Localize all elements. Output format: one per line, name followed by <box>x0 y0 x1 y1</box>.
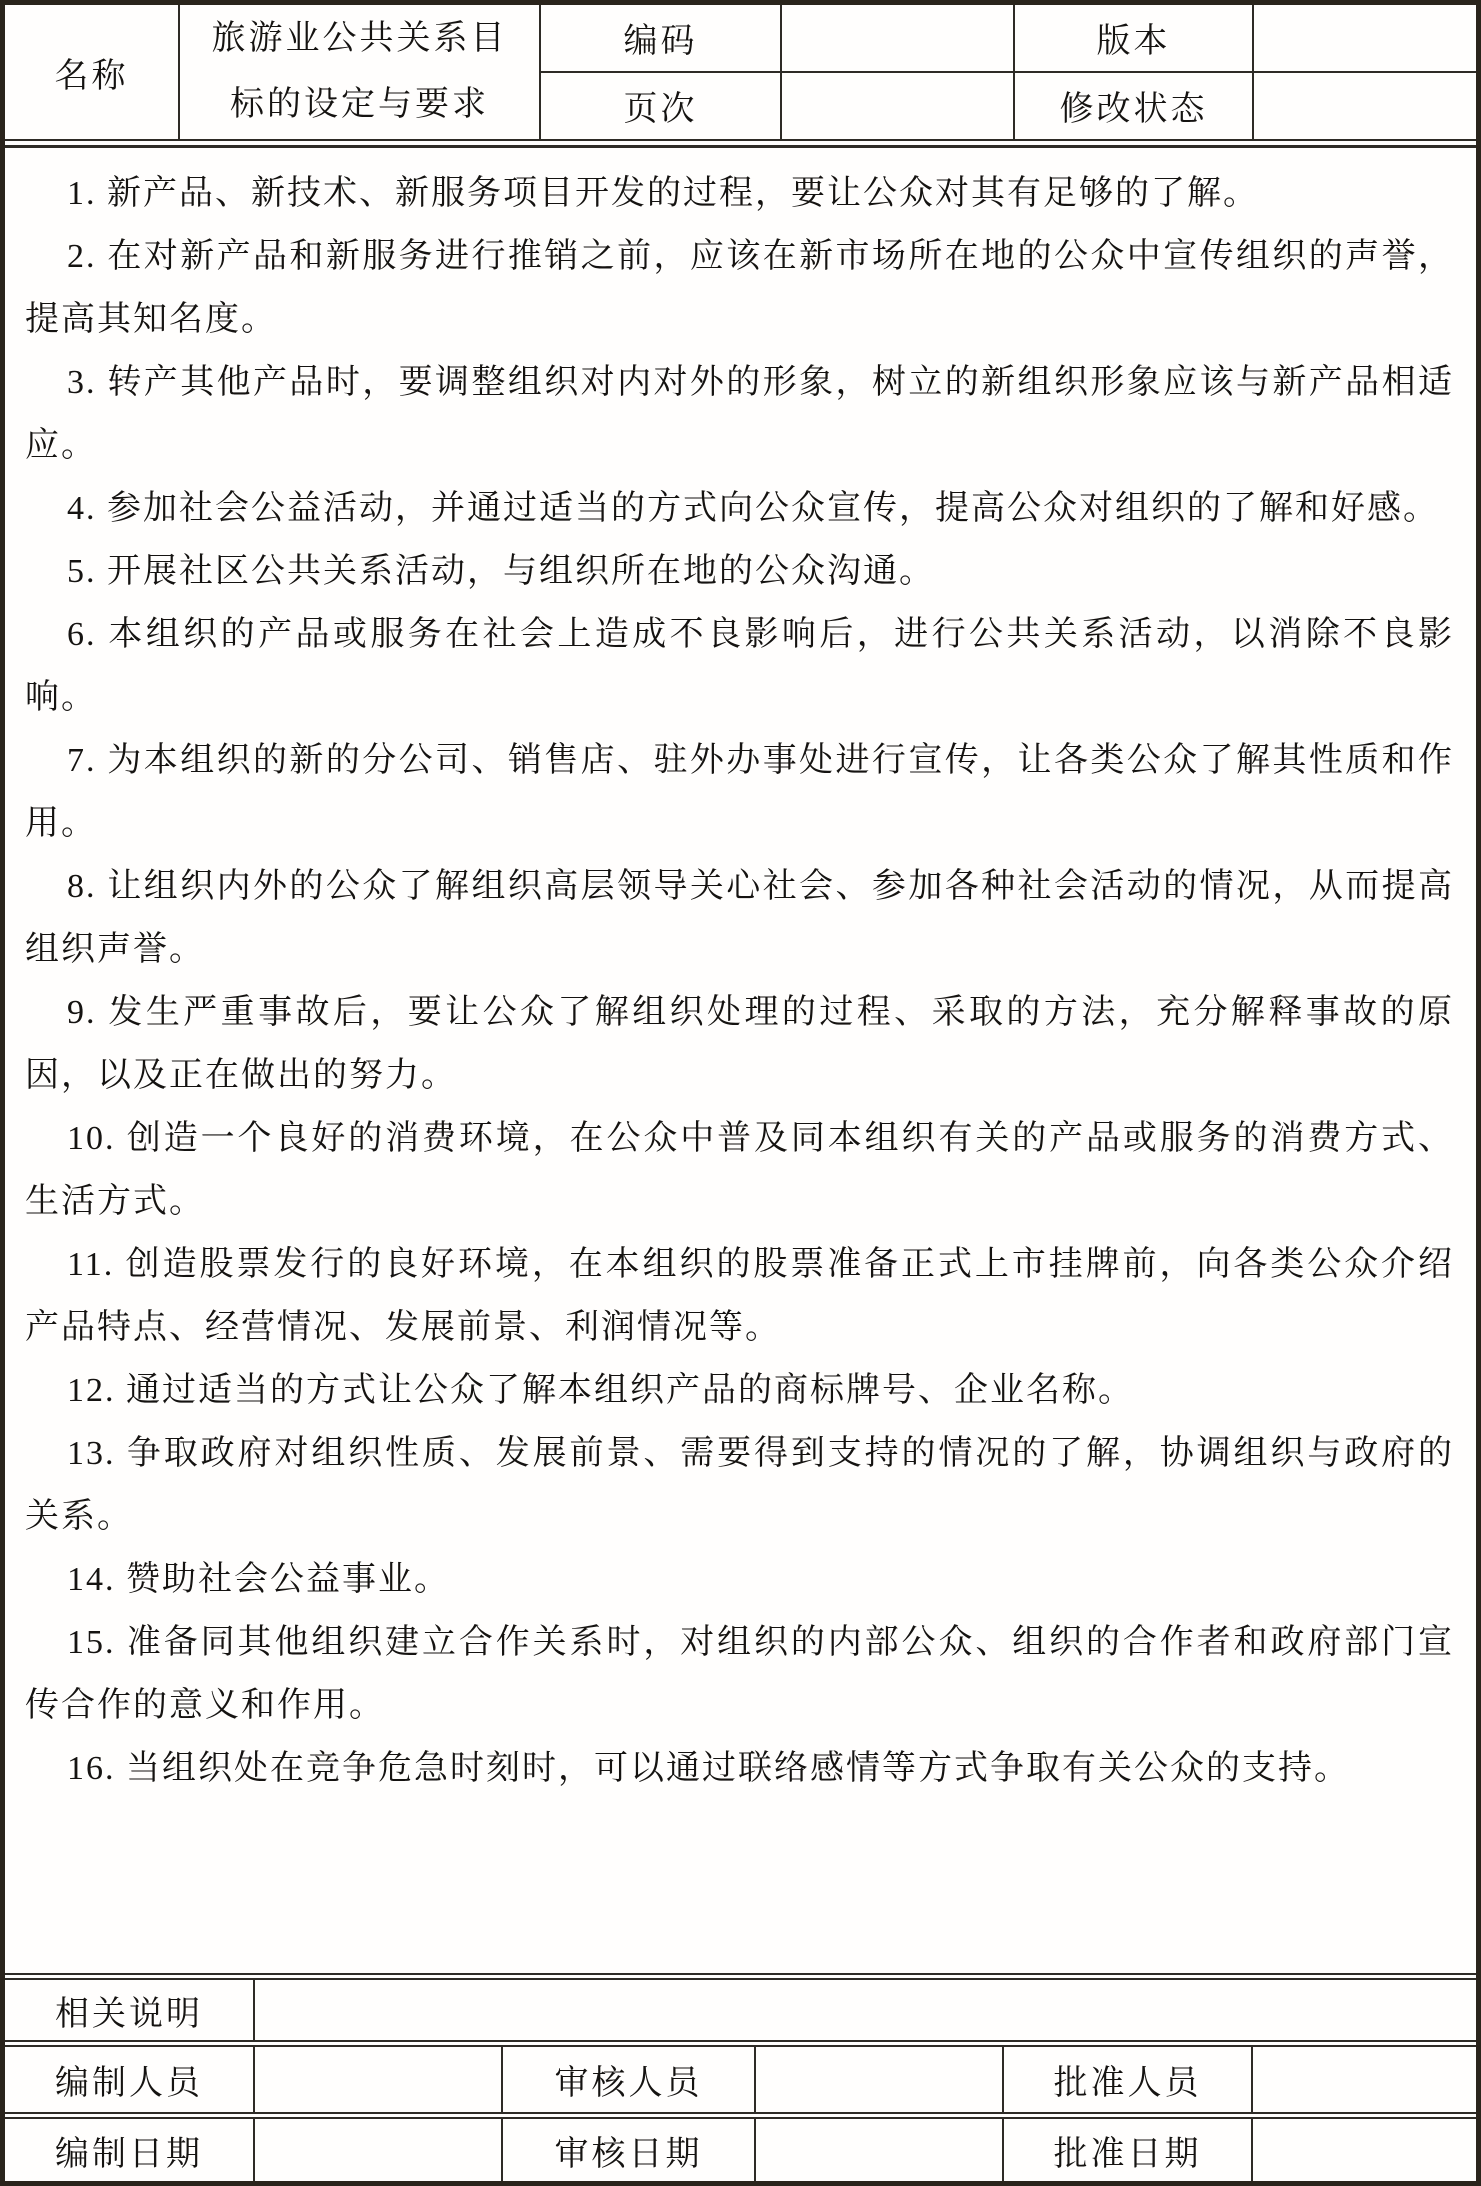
reviewed-date-label: 审核日期 <box>502 2118 755 2181</box>
approved-by-value-cell <box>1252 2046 1476 2113</box>
personnel-table: 编制人员 审核人员 批准人员 <box>5 2045 1476 2114</box>
reviewed-by-value-cell <box>755 2046 1003 2113</box>
code-value-cell <box>781 5 1014 72</box>
page-number-label: 页次 <box>540 72 781 140</box>
prepared-date-value-cell <box>254 2118 502 2181</box>
name-label: 名称 <box>5 5 179 140</box>
document-title-line2: 标的设定与要求 <box>180 72 539 138</box>
body-item-14: 14. 赞助社会公益事业。 <box>25 1548 1454 1611</box>
notes-table: 相关说明 <box>5 1978 1476 2042</box>
body-item-5: 5. 开展社区公共关系活动，与组织所在地的公众沟通。 <box>25 540 1454 603</box>
code-label: 编码 <box>540 5 781 72</box>
body-content: 1. 新产品、新技术、新服务项目开发的过程，要让公众对其有足够的了解。 2. 在… <box>5 145 1476 1975</box>
body-item-15: 15. 准备同其他组织建立合作关系时，对组织的内部公众、组织的合作者和政府部门宣… <box>25 1611 1454 1737</box>
approved-date-label: 批准日期 <box>1003 2118 1252 2181</box>
body-item-12: 12. 通过适当的方式让公众了解本组织产品的商标牌号、企业名称。 <box>25 1359 1454 1422</box>
page-number-value-cell <box>781 72 1014 140</box>
notes-label: 相关说明 <box>5 1979 254 2041</box>
body-item-3: 3. 转产其他产品时，要调整组织对内对外的形象，树立的新组织形象应该与新产品相适… <box>25 351 1454 477</box>
reviewed-by-label: 审核人员 <box>502 2046 755 2113</box>
body-item-8: 8. 让组织内外的公众了解组织高层领导关心社会、参加各种社会活动的情况，从而提高… <box>25 855 1454 981</box>
body-item-4: 4. 参加社会公益活动，并通过适当的方式向公众宣传，提高公众对组织的了解和好感。 <box>25 477 1454 540</box>
prepared-date-label: 编制日期 <box>5 2118 254 2181</box>
body-item-7: 7. 为本组织的新的分公司、销售店、驻外办事处进行宣传，让各类公众了解其性质和作… <box>25 729 1454 855</box>
version-label: 版本 <box>1014 5 1253 72</box>
body-item-11: 11. 创造股票发行的良好环境，在本组织的股票准备正式上市挂牌前，向各类公众介绍… <box>25 1233 1454 1359</box>
version-value-cell <box>1253 5 1476 72</box>
body-item-10: 10. 创造一个良好的消费环境，在公众中普及同本组织有关的产品或服务的消费方式、… <box>25 1107 1454 1233</box>
body-item-1: 1. 新产品、新技术、新服务项目开发的过程，要让公众对其有足够的了解。 <box>25 162 1454 225</box>
revision-status-value-cell <box>1253 72 1476 140</box>
body-item-13: 13. 争取政府对组织性质、发展前景、需要得到支持的情况的了解，协调组织与政府的… <box>25 1422 1454 1548</box>
document-page: 名称 旅游业公共关系目 标的设定与要求 编码 版本 页次 修改状态 1. 新产品… <box>0 0 1481 2186</box>
prepared-by-label: 编制人员 <box>5 2046 254 2113</box>
body-item-2: 2. 在对新产品和新服务进行推销之前，应该在新市场所在地的公众中宣传组织的声誉，… <box>25 225 1454 351</box>
body-item-6: 6. 本组织的产品或服务在社会上造成不良影响后，进行公共关系活动，以消除不良影响… <box>25 603 1454 729</box>
notes-value-cell <box>254 1979 1476 2041</box>
prepared-by-value-cell <box>254 2046 502 2113</box>
document-title-line1: 旅游业公共关系目 <box>180 6 539 72</box>
document-title: 旅游业公共关系目 标的设定与要求 <box>179 5 540 140</box>
body-item-9: 9. 发生严重事故后，要让公众了解组织处理的过程、采取的方法，充分解释事故的原因… <box>25 981 1454 1107</box>
body-item-16: 16. 当组织处在竞争危急时刻时，可以通过联络感情等方式争取有关公众的支持。 <box>25 1737 1454 1800</box>
revision-status-label: 修改状态 <box>1014 72 1253 140</box>
dates-table: 编制日期 审核日期 批准日期 <box>5 2117 1476 2181</box>
approved-date-value-cell <box>1252 2118 1476 2181</box>
reviewed-date-value-cell <box>755 2118 1003 2181</box>
header-table: 名称 旅游业公共关系目 标的设定与要求 编码 版本 页次 修改状态 <box>5 5 1476 141</box>
approved-by-label: 批准人员 <box>1003 2046 1252 2113</box>
